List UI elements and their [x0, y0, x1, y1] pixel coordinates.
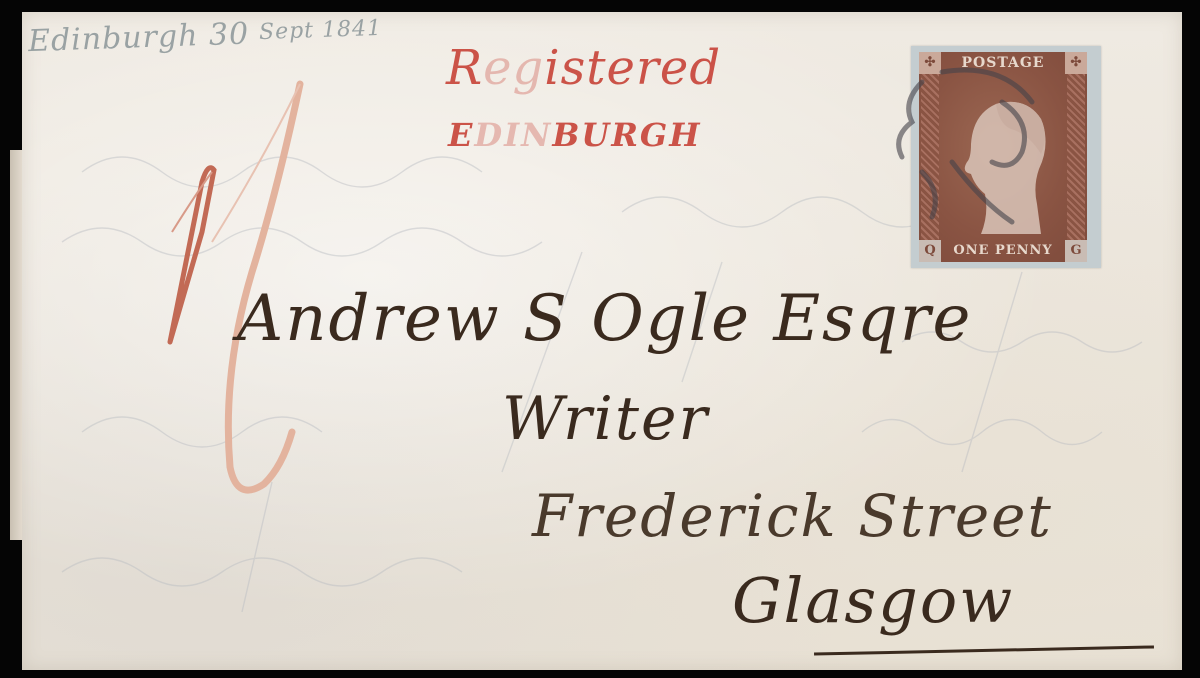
postal-cover: Edinburgh 30Sept 1841 Registered EDINBUR…: [22, 12, 1182, 670]
stamp-border-pattern: [921, 74, 939, 240]
addressee-name: Andrew S Ogle Esqre: [237, 282, 972, 356]
queen-victoria-portrait-icon: [941, 74, 1065, 240]
stamp-value-label: ONE PENNY: [919, 240, 1087, 262]
address-city: Glasgow: [732, 564, 1014, 637]
penny-red-stamp: POSTAGE ✣ ✣ Q G ONE PENNY: [911, 46, 1101, 268]
registered-line: Registered: [446, 40, 721, 96]
stamp-postage-label: POSTAGE: [919, 52, 1087, 74]
city-underline: [814, 645, 1154, 655]
docket-date: Sept 1841: [259, 16, 383, 45]
stamp-design: POSTAGE ✣ ✣ Q G ONE PENNY: [919, 52, 1087, 262]
addressee-title: Writer: [502, 384, 709, 454]
maltese-star-icon: ✣: [919, 52, 941, 74]
docket-text: Edinburgh 30: [27, 16, 249, 59]
docket-inscription: Edinburgh 30Sept 1841: [27, 12, 382, 59]
edinburgh-line: EDINBURGH: [448, 116, 721, 154]
maltese-star-icon: ✣: [1065, 52, 1087, 74]
stamp-border-pattern: [1067, 74, 1085, 240]
registered-handstamp: Registered EDINBURGH: [446, 40, 721, 154]
address-street: Frederick Street: [532, 482, 1053, 550]
